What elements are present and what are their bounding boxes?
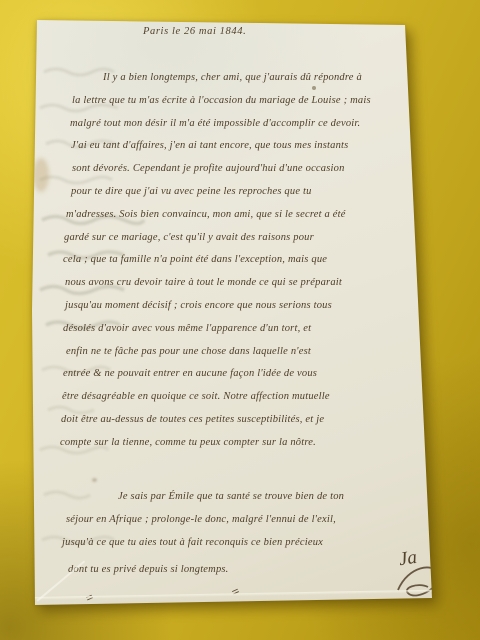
- letter-line: J'ai eu tant d'affaires, j'en ai tant en…: [71, 140, 348, 151]
- letter-line: la lettre que tu m'as écrite à l'occasio…: [72, 95, 371, 106]
- paper-stain: [33, 158, 49, 192]
- letter-line: entrée & ne pouvait entrer en aucune faç…: [63, 368, 317, 379]
- letter-line: être désagréable en quoique ce soit. Not…: [62, 391, 330, 402]
- signature-flourish-icon: [392, 560, 448, 604]
- letter-line: doit être au-dessus de toutes ces petite…: [61, 414, 324, 425]
- paper-stain: [92, 478, 97, 482]
- letter-line: Je sais par Émile que ta santé se trouve…: [118, 491, 344, 502]
- letter-line: nous avons cru devoir taire à tout le mo…: [65, 277, 342, 288]
- letter-line: jusqu'au moment décisif ; crois encore q…: [65, 300, 332, 311]
- letter-line: malgré tout mon désir il m'a été impossi…: [70, 118, 360, 129]
- letter-paper: Paris le 26 mai 1844. Il y a bien longte…: [0, 0, 480, 640]
- letter-line: compte sur la tienne, comme tu peux comp…: [60, 437, 316, 448]
- letter-line: m'adresses. Sois bien convaincu, mon ami…: [66, 209, 346, 220]
- letter-line: jusqu'à ce que tu aies tout à fait recon…: [62, 537, 323, 548]
- letter-line: Il y a bien longtemps, cher ami, que j'a…: [103, 72, 362, 83]
- letter-line: pour te dire que j'ai vu avec peine les …: [71, 186, 312, 197]
- letter-line: dont tu es privé depuis si longtemps.: [68, 564, 229, 575]
- letter-line: enfin ne te fâche pas pour une chose dan…: [66, 346, 311, 357]
- paper-stain: [312, 86, 316, 90]
- letter-line: gardé sur ce mariage, c'est qu'il y avai…: [64, 232, 314, 243]
- letter-line: séjour en Afrique ; prolonge-le donc, ma…: [66, 514, 336, 525]
- letter-line: désolés d'avoir avec vous même l'apparen…: [63, 323, 311, 334]
- ink-underline-mark: =: [229, 583, 241, 600]
- letter-line: cela ; que ta famille n'a point été dans…: [63, 254, 327, 265]
- paper-shadow: Paris le 26 mai 1844. Il y a bien longte…: [0, 0, 480, 640]
- letter-line: sont dévorés. Cependant je profite aujou…: [72, 163, 345, 174]
- letter-photo: Paris le 26 mai 1844. Il y a bien longte…: [0, 0, 480, 640]
- dateline: Paris le 26 mai 1844.: [143, 26, 246, 37]
